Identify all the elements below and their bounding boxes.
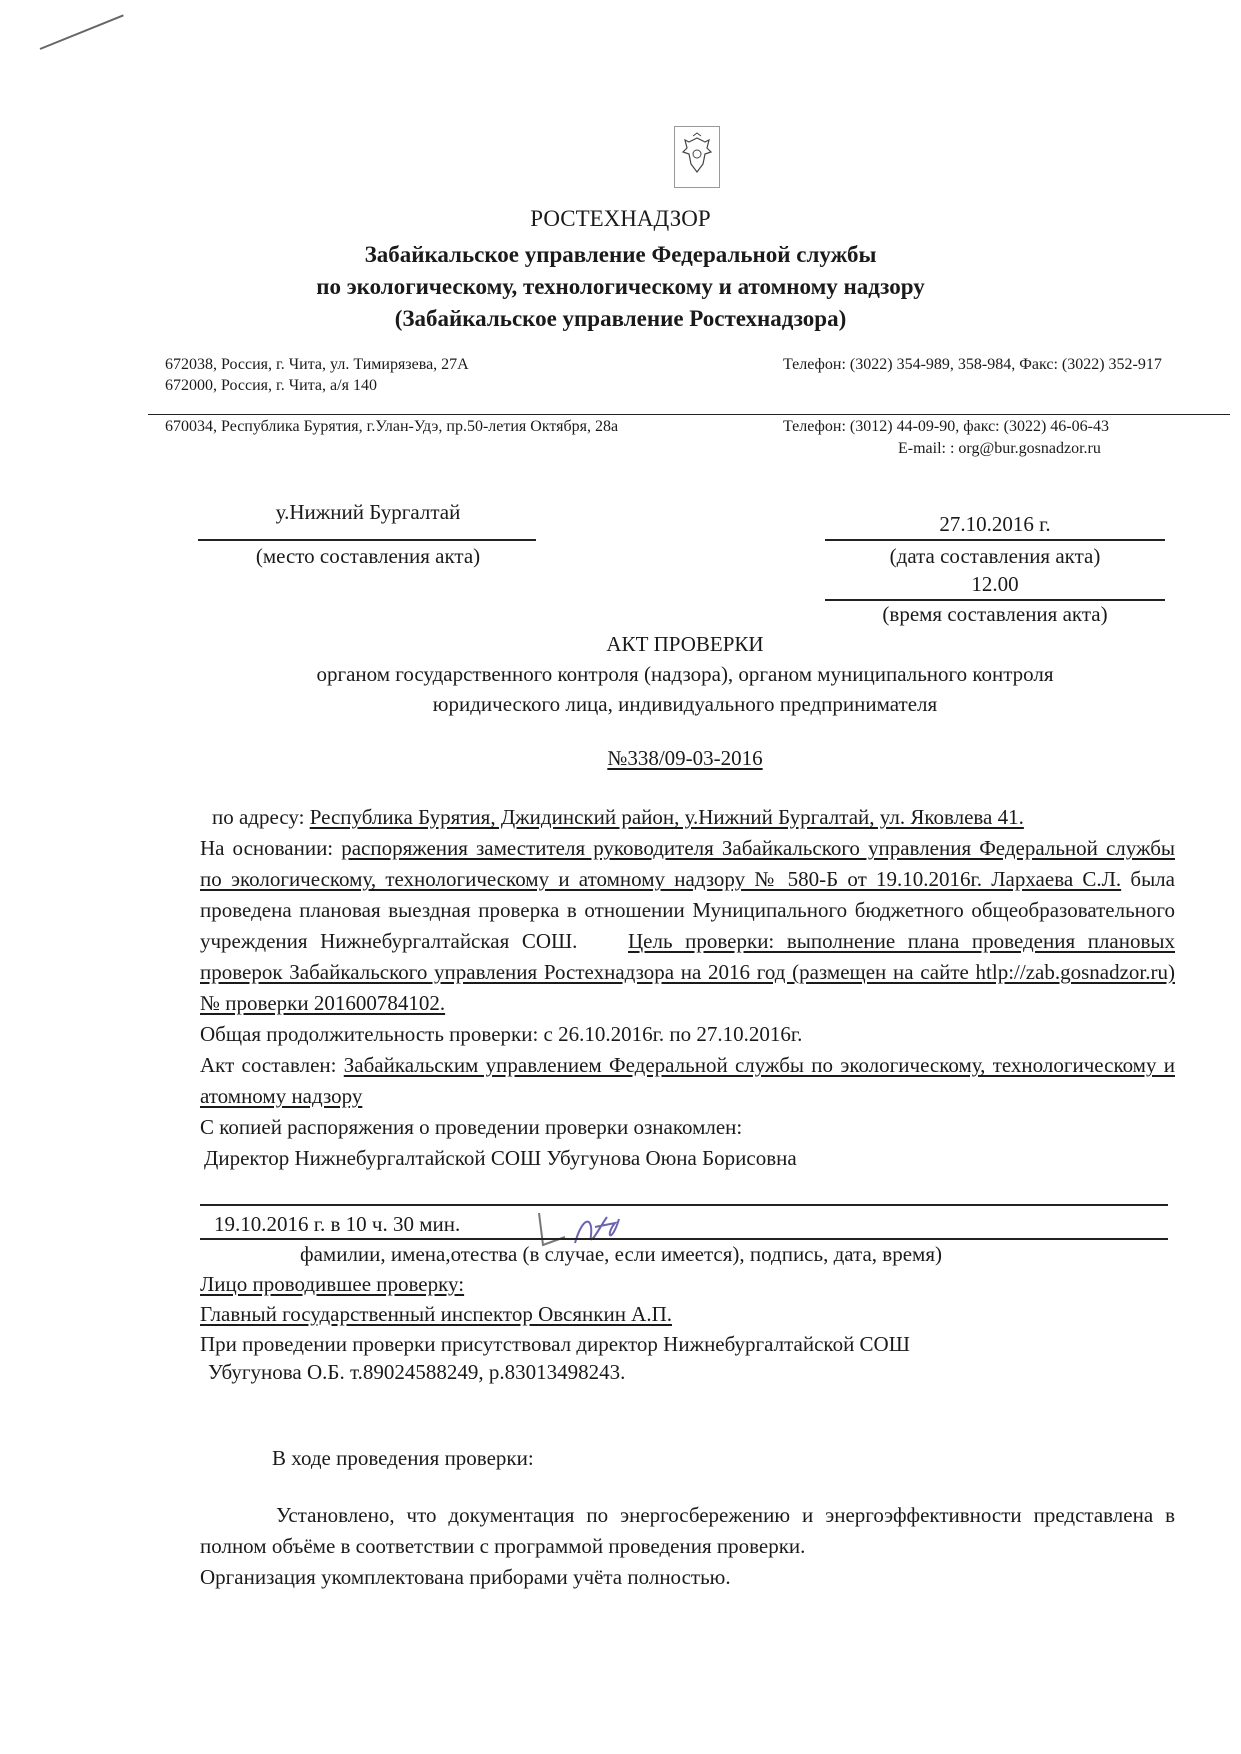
address-chita-1: 672038, Россия, г. Чита, ул. Тимирязева,… xyxy=(165,356,469,374)
finding-2: Организация укомплектована приборами учё… xyxy=(200,1562,1175,1593)
present-line-1: При проведении проверки присутствовал ди… xyxy=(200,1332,910,1357)
date-value: 27.10.2016 г. xyxy=(825,512,1165,537)
inspector-name: Главный государственный инспектор Овсянк… xyxy=(200,1302,672,1327)
act-body: по адресу: Республика Бурятия, Джидински… xyxy=(200,802,1175,1174)
inspector-label: Лицо проводившее проверку: xyxy=(200,1272,464,1297)
org-line-3: (Забайкальское управление Ростехнадзора) xyxy=(0,306,1241,332)
agency-name: РОСТЕХНАДЗОР xyxy=(0,206,1241,232)
time-caption: (время составления акта) xyxy=(825,602,1165,627)
ack-underline xyxy=(200,1238,1168,1240)
compiled-label: Акт составлен: xyxy=(200,1053,344,1077)
address-ulan-ude: 670034, Республика Бурятия, г.Улан-Удэ, … xyxy=(165,418,618,436)
phone-chita: Телефон: (3022) 354-989, 358-984, Факс: … xyxy=(783,356,1162,374)
pen-mark xyxy=(40,14,124,50)
org-line-1: Забайкальское управление Федеральной слу… xyxy=(0,242,1241,268)
compiled-value: Забайкальским управлением Федеральной сл… xyxy=(200,1053,1175,1108)
date-caption: (дата составления акта) xyxy=(825,544,1165,569)
act-subtitle-2: юридического лица, индивидуального предп… xyxy=(0,692,1241,717)
address-label: по адресу: xyxy=(212,805,310,829)
act-title: АКТ ПРОВЕРКИ xyxy=(0,632,1241,657)
time-value: 12.00 xyxy=(825,572,1165,597)
place-underline xyxy=(198,539,536,541)
address-value: Республика Бурятия, Джидинский район, у.… xyxy=(310,805,1024,829)
header-divider xyxy=(148,414,1230,415)
address-chita-2: 672000, Россия, г. Чита, а/я 140 xyxy=(165,377,377,395)
phone-ulan-ude: Телефон: (3012) 44-09-90, факс: (3022) 4… xyxy=(783,418,1109,436)
org-line-2: по экологическому, технологическому и ат… xyxy=(0,274,1241,300)
ack-datetime: 19.10.2016 г. в 10 ч. 30 мин. xyxy=(214,1212,460,1237)
signature-caption: фамилии, имена,отества (в случае, если и… xyxy=(300,1242,942,1267)
email: E-mail: : org@bur.gosnadzor.ru xyxy=(898,440,1101,458)
during-heading: В ходе проведения проверки: xyxy=(272,1446,534,1471)
time-underline xyxy=(825,599,1165,601)
director-name: Директор Нижнебургалтайской СОШ Убугунов… xyxy=(200,1143,1175,1174)
present-line-2: Убугунова О.Б. т.89024588249, р.83013498… xyxy=(208,1360,625,1385)
act-number: №338/09-03-2016 xyxy=(0,746,1241,771)
act-subtitle-1: органом государственного контроля (надзо… xyxy=(0,662,1241,687)
coat-of-arms-icon xyxy=(674,126,720,188)
acquainted-text: С копией распоряжения о проведении прове… xyxy=(200,1112,1175,1143)
date-underline xyxy=(825,539,1165,541)
director-underline xyxy=(200,1204,1168,1206)
finding-1: Установлено, что документация по энергос… xyxy=(200,1500,1175,1562)
findings: Установлено, что документация по энергос… xyxy=(200,1500,1175,1593)
place-value: у.Нижний Бургалтай xyxy=(198,500,538,525)
duration: Общая продолжительность проверки: с 26.1… xyxy=(200,1019,1175,1050)
basis-value: распоряжения заместителя руководителя За… xyxy=(200,836,1175,891)
basis-label: На основании: xyxy=(200,836,341,860)
place-caption: (место составления акта) xyxy=(198,544,538,569)
